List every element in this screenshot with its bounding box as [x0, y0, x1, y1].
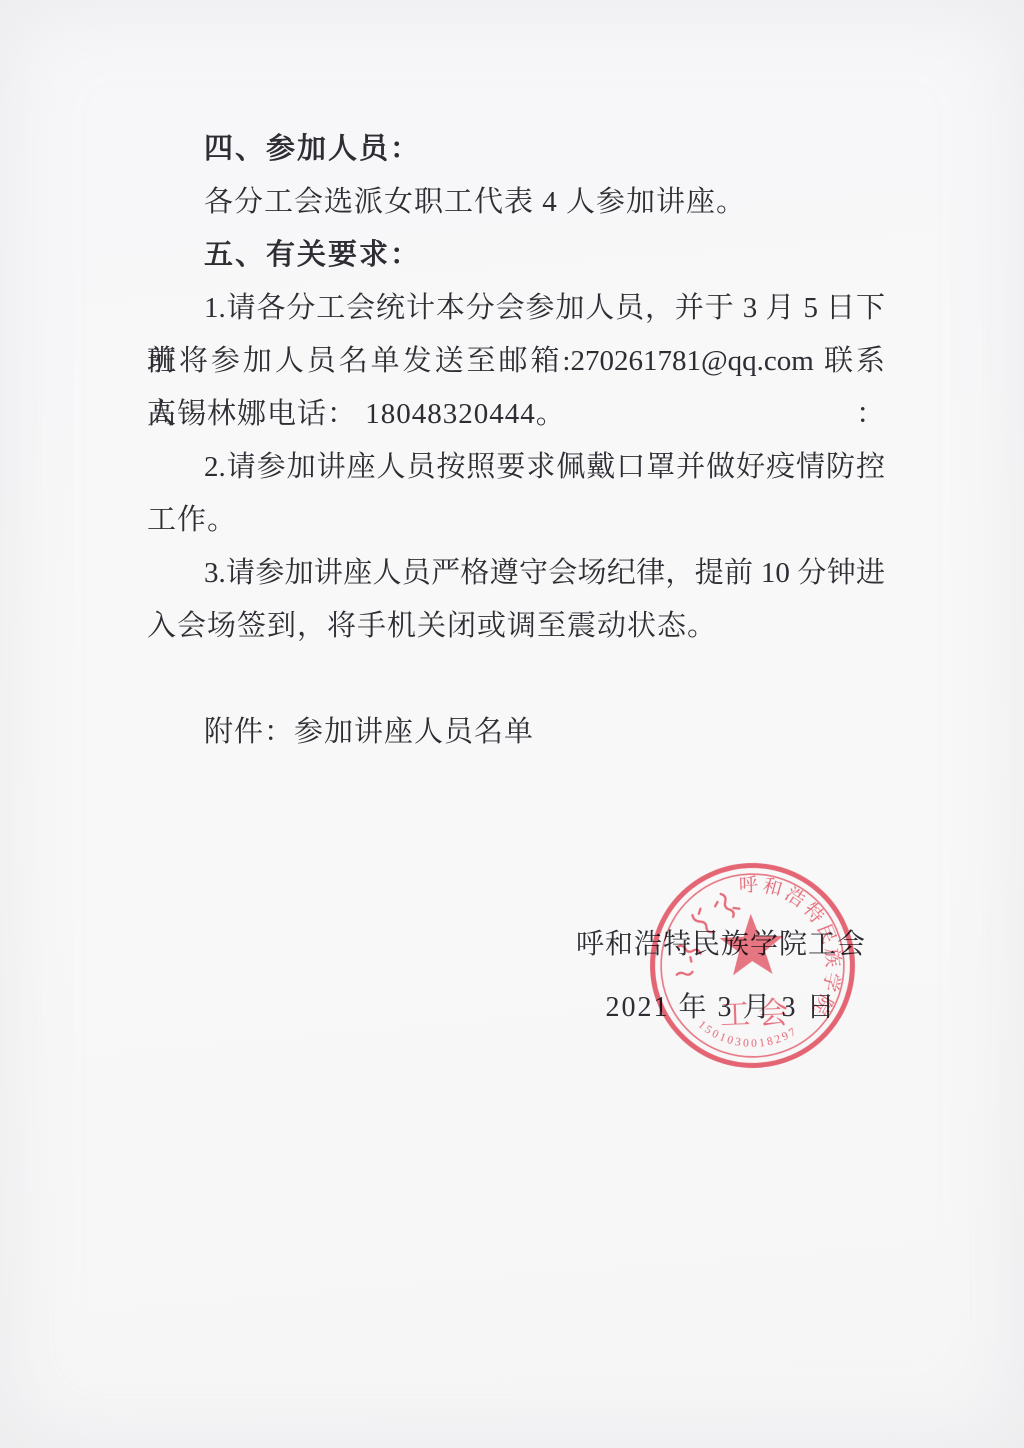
section-heading-requirements: 五、有关要求：: [147, 229, 885, 282]
requirement-3-line-1: 3.请参加讲座人员严格遵守会场纪律，提前 10 分钟进: [147, 547, 885, 600]
section-heading-participants: 四、参加人员：: [147, 123, 885, 176]
official-seal: 呼和浩特民族学院 1501030018297 工会: [638, 851, 867, 1080]
seal-bottom-text: 工会: [719, 995, 796, 1032]
requirement-2-line-1: 2.请参加讲座人员按照要求佩戴口罩并做好疫情防控: [147, 441, 885, 494]
attachment-note: 附件：参加讲座人员名单: [147, 706, 885, 759]
seal-inner-ring: [658, 871, 847, 1060]
requirement-1-line-1: 1.请各分工会统计本分会参加人员，并于 3 月 5 日下班: [147, 282, 885, 335]
requirement-2-line-2: 工作。: [147, 494, 885, 547]
requirement-3-line-2: 入会场签到，将手机关闭或调至震动状态。: [147, 600, 885, 653]
scanned-document-page: 四、参加人员： 各分工会选派女职工代表 4 人参加讲座。 五、有关要求： 1.请…: [0, 0, 1024, 1448]
paragraph-participants: 各分工会选派女职工代表 4 人参加讲座。: [147, 176, 885, 229]
seal-mongolian-script: [672, 889, 743, 976]
document-body: 四、参加人员： 各分工会选派女职工代表 4 人参加讲座。 五、有关要求： 1.请…: [147, 123, 885, 759]
star-icon: [720, 914, 783, 974]
requirement-1-line-2: 前将参加人员名单发送至邮箱:270261781@qq.com 联系人：: [147, 335, 885, 388]
